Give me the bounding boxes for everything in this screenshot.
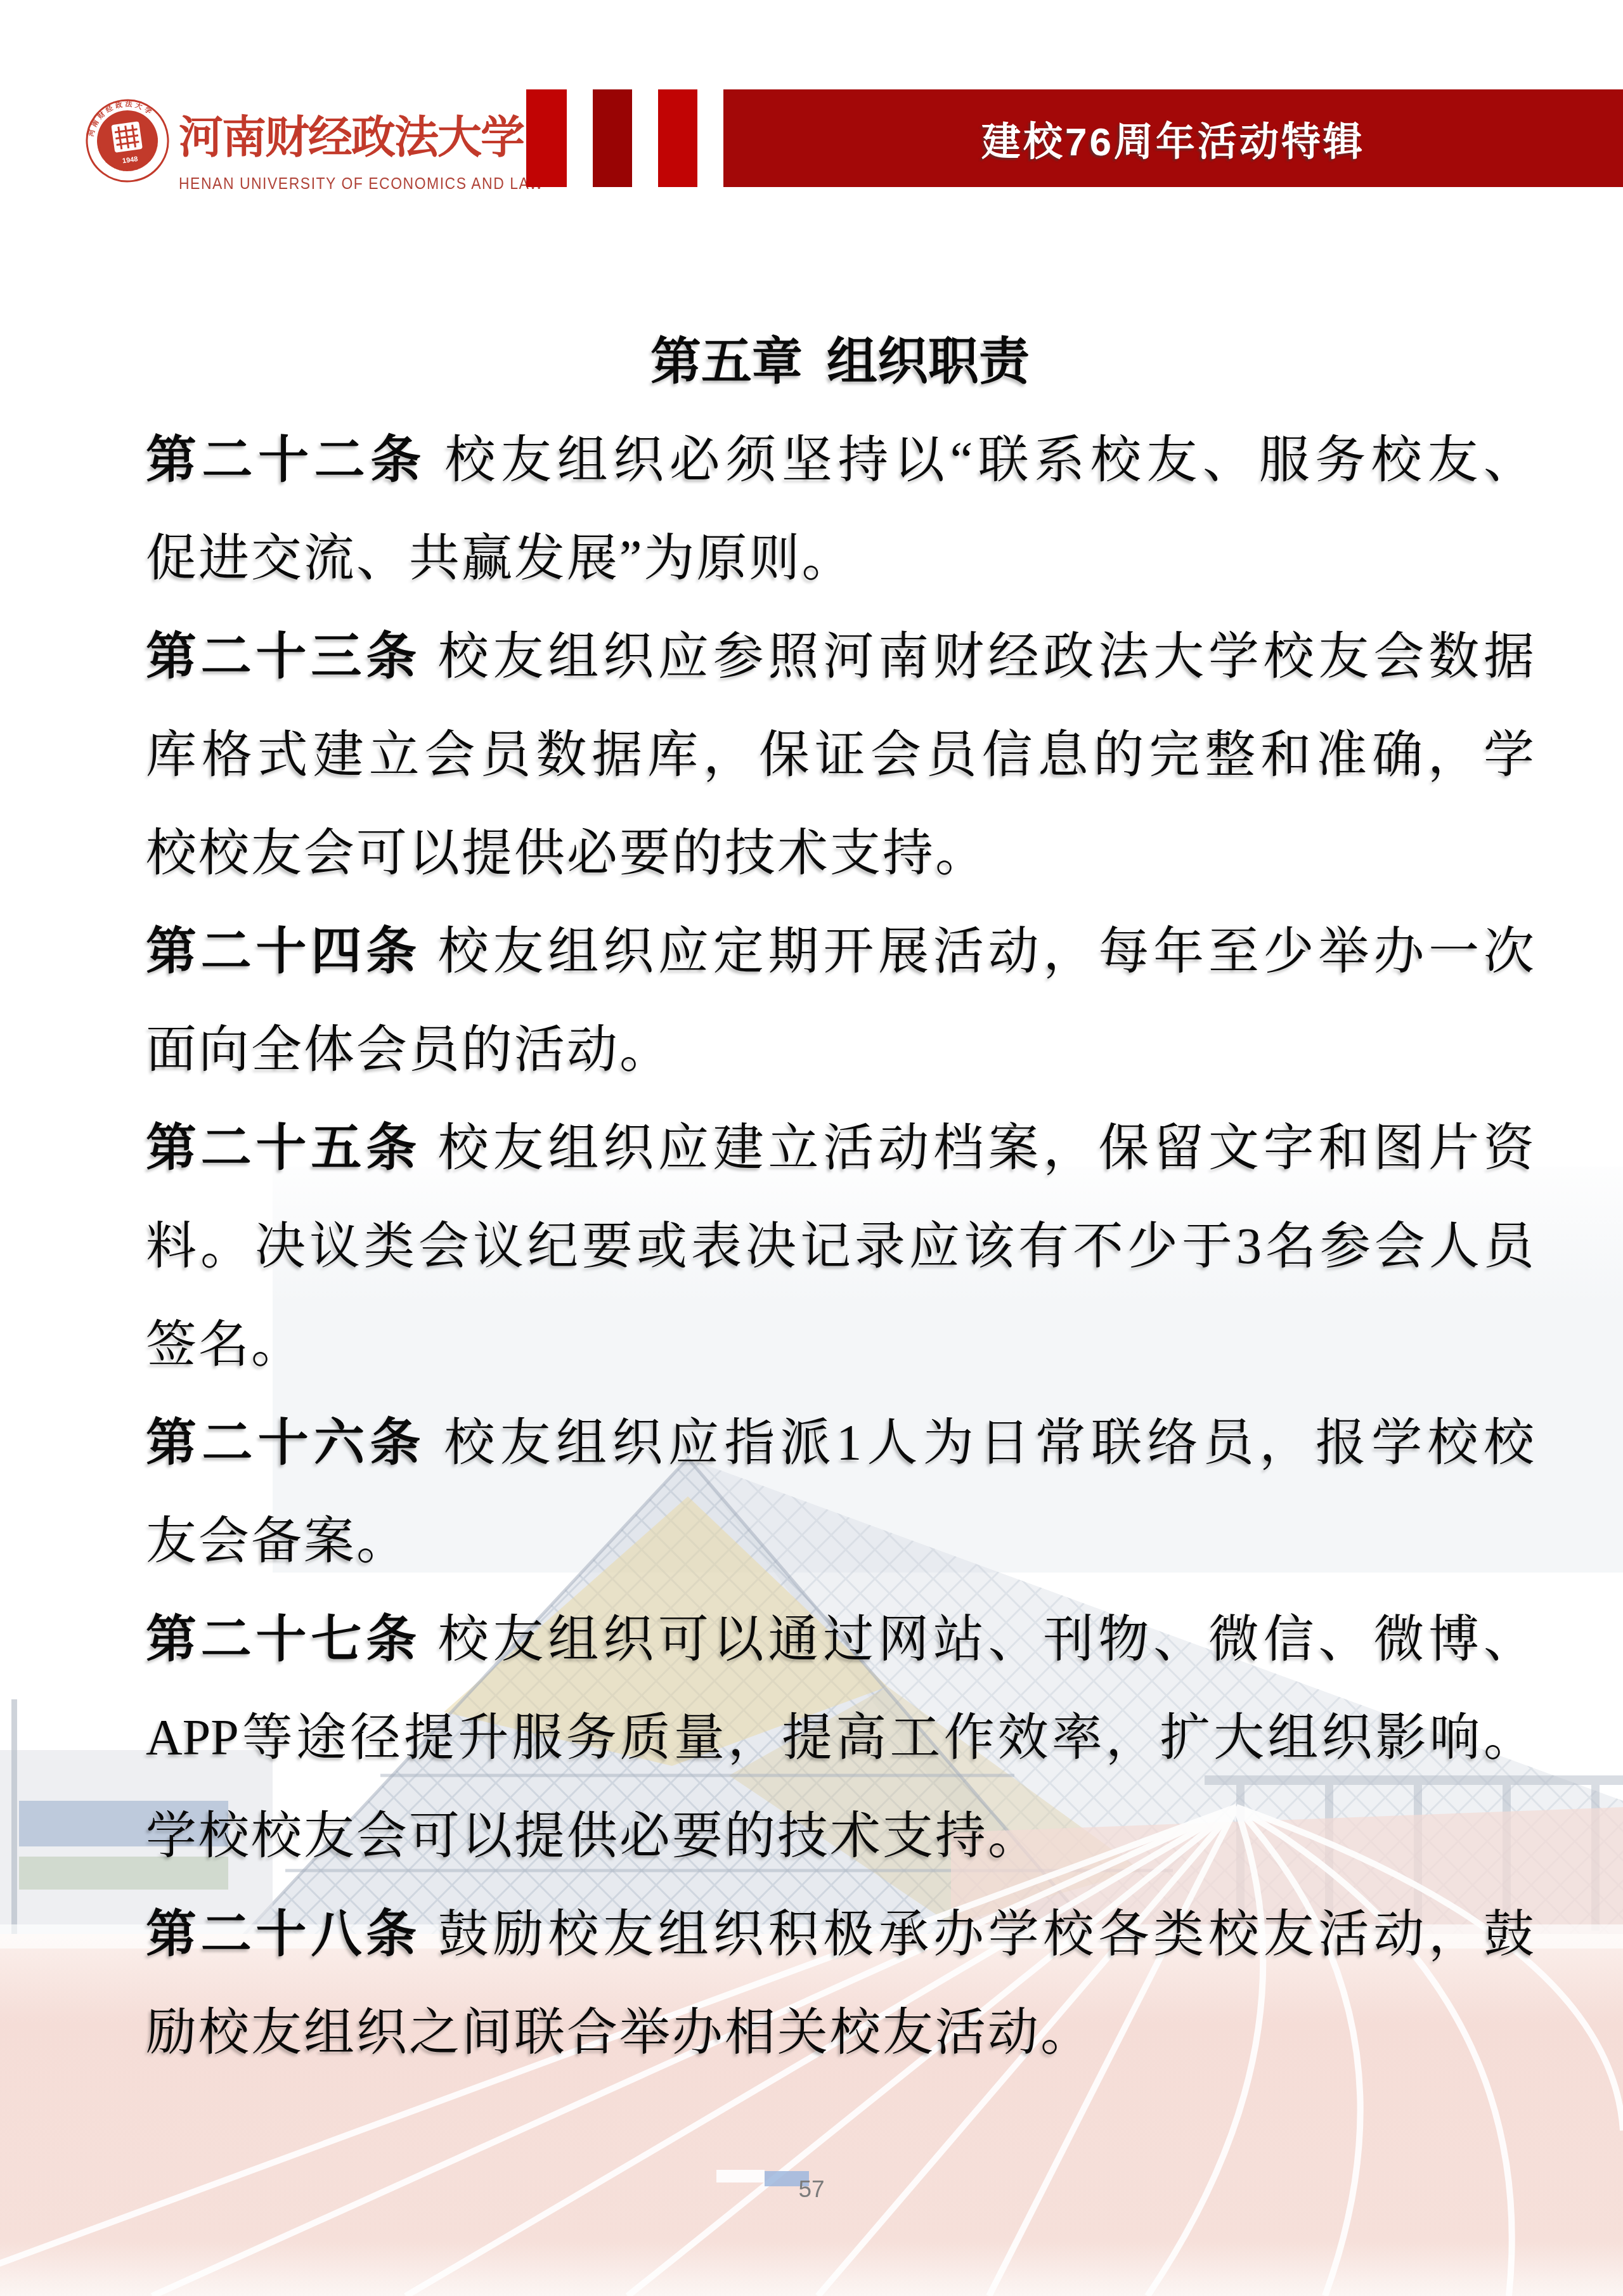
body-line: 签名。 <box>146 1296 1534 1394</box>
article-number: 第二十五条 <box>146 1120 421 1176</box>
chapter-title: 第五章 组织职责 <box>146 313 1534 412</box>
line-text: 校友组织可以通过网站、刊物、微信、微博、 <box>421 1612 1534 1668</box>
header-banner: 建校76周年活动特辑 <box>723 89 1623 187</box>
article-number: 第二十三条 <box>146 629 421 685</box>
line-text: 库格式建立会员数据库，保证会员信息的完整和准确，学 <box>146 727 1534 783</box>
line-text: 校校友会可以提供必要的技术支持。 <box>146 826 988 881</box>
article-number: 第二十四条 <box>146 924 421 980</box>
university-name-en: HENAN UNIVERSITY OF ECONOMICS AND LAW <box>179 174 534 193</box>
body-line: 学校校友会可以提供必要的技术支持。 <box>146 1787 1534 1886</box>
seal-emblem <box>111 121 143 153</box>
decor-bar-3 <box>658 89 697 187</box>
body-line: 料。决议类会议纪要或表决记录应该有不少于3名参会人员 <box>146 1198 1534 1296</box>
document-body: 第五章 组织职责 第二十二条 校友组织必须坚持以“联系校友、服务校友、 促进交流… <box>146 313 1534 2082</box>
body-line: 促进交流、共赢发展”为原则。 <box>146 510 1534 608</box>
line-text: 励校友组织之间联合举办相关校友活动。 <box>146 2005 1093 2061</box>
line-text: 校友组织应参照河南财经政法大学校友会数据 <box>421 629 1534 685</box>
body-line: APP等途径提升服务质量，提高工作效率，扩大组织影响。 <box>146 1689 1534 1787</box>
line-text: 面向全体会员的活动。 <box>146 1022 672 1078</box>
line-text: 校友组织应定期开展活动，每年至少举办一次 <box>421 924 1534 980</box>
paragraph-lines: 第二十二条 校友组织必须坚持以“联系校友、服务校友、 促进交流、共赢发展”为原则… <box>146 412 1534 2082</box>
article-number: 第二十二条 <box>146 432 427 488</box>
decor-bar-2 <box>593 89 632 187</box>
university-seal: 河南财经政法大学 HENAN UNIVERSITY OF ECONOMICS A… <box>84 95 171 186</box>
body-line: 第二十七条 校友组织可以通过网站、刊物、微信、微博、 <box>146 1591 1534 1689</box>
body-line: 友会备案。 <box>146 1493 1534 1591</box>
line-text: 校友组织必须坚持以“联系校友、服务校友、 <box>427 432 1534 488</box>
body-line: 第二十三条 校友组织应参照河南财经政法大学校友会数据 <box>146 608 1534 706</box>
line-text: 料。决议类会议纪要或表决记录应该有不少于3名参会人员 <box>146 1219 1534 1274</box>
university-name-cn: 河南财经政法大学 <box>179 107 534 171</box>
line-text: 促进交流、共赢发展”为原则。 <box>146 531 855 587</box>
body-line: 励校友组织之间联合举办相关校友活动。 <box>146 1984 1534 2082</box>
article-number: 第二十六条 <box>146 1415 426 1471</box>
article-number: 第二十八条 <box>146 1907 421 1962</box>
university-logo: 河南财经政法大学 HENAN UNIVERSITY OF ECONOMICS A… <box>179 107 534 191</box>
body-line: 第二十五条 校友组织应建立活动档案，保留文字和图片资 <box>146 1099 1534 1198</box>
line-text: 签名。 <box>146 1317 304 1373</box>
line-text: 校友组织应建立活动档案，保留文字和图片资 <box>421 1120 1534 1176</box>
page-number: 57 <box>0 2176 1623 2203</box>
body-line: 面向全体会员的活动。 <box>146 1001 1534 1099</box>
body-line: 第二十六条 校友组织应指派1人为日常联络员，报学校校 <box>146 1394 1534 1493</box>
body-line: 校校友会可以提供必要的技术支持。 <box>146 805 1534 903</box>
line-text: APP等途径提升服务质量，提高工作效率，扩大组织影响。 <box>146 1710 1534 1766</box>
banner-title: 建校76周年活动特辑 <box>981 110 1365 167</box>
line-text: 学校校友会可以提供必要的技术支持。 <box>146 1808 1040 1864</box>
body-line: 库格式建立会员数据库，保证会员信息的完整和准确，学 <box>146 706 1534 805</box>
line-text: 鼓励校友组织积极承办学校各类校友活动，鼓 <box>421 1907 1534 1962</box>
body-line: 第二十八条 鼓励校友组织积极承办学校各类校友活动，鼓 <box>146 1886 1534 1984</box>
line-text: 友会备案。 <box>146 1514 409 1569</box>
document-page: 河南财经政法大学 HENAN UNIVERSITY OF ECONOMICS A… <box>0 0 1623 2296</box>
article-number: 第二十七条 <box>146 1612 421 1668</box>
body-line: 第二十四条 校友组织应定期开展活动，每年至少举办一次 <box>146 903 1534 1001</box>
line-text: 校友组织应指派1人为日常联络员，报学校校 <box>426 1415 1534 1471</box>
body-line: 第二十二条 校友组织必须坚持以“联系校友、服务校友、 <box>146 412 1534 510</box>
decor-bar-1 <box>526 89 567 187</box>
